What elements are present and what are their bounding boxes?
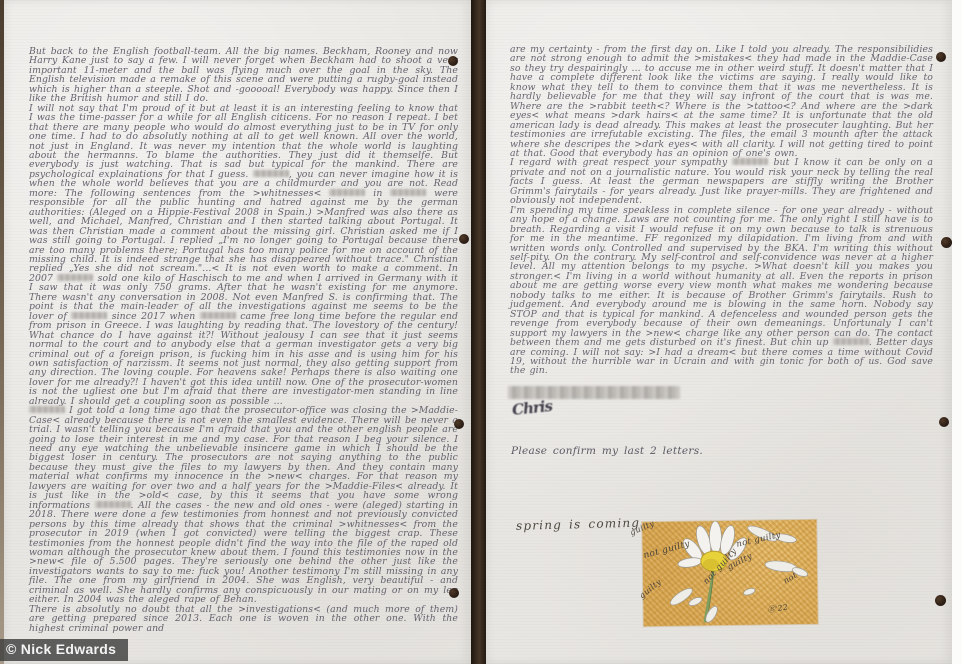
letter-page-2: are my certainty - from the first day on…: [486, 0, 952, 664]
redacted-name: [95, 501, 131, 508]
redacted-name: [390, 189, 426, 196]
page1-text: But back to the English football-team. A…: [29, 47, 458, 633]
hole-punch: [935, 595, 946, 606]
letter-page-1: But back to the English football-team. A…: [4, 0, 471, 664]
redacted-name: [833, 338, 869, 345]
hole-punch: [941, 237, 952, 248]
hole-punch: [454, 419, 464, 429]
hole-punch: [939, 417, 949, 427]
redacted-name: [253, 170, 289, 177]
hole-punch: [936, 52, 946, 62]
redacted-farewell-line: [508, 386, 680, 399]
redacted-name: [29, 406, 65, 413]
redacted-name: [329, 189, 365, 196]
page1-paragraph: But back to the English football-team. A…: [29, 47, 458, 104]
page2-paragraph: I'm spending my time speakless in comple…: [510, 206, 933, 376]
redacted-name: [57, 274, 93, 281]
page-gap: [471, 0, 486, 664]
redacted-name: [71, 312, 107, 319]
hole-punch: [459, 234, 469, 244]
page1-paragraph: I got told a long time ago that the pros…: [29, 406, 458, 605]
letter-photo: But back to the English football-team. A…: [0, 0, 962, 664]
page2-text: are my certainty - from the first day on…: [510, 45, 933, 376]
signature: Chris: [511, 397, 553, 419]
page2-paragraph: I regard with great respect your sympath…: [510, 158, 933, 205]
redacted-name: [732, 158, 768, 165]
photo-credit: © Nick Edwards: [0, 639, 128, 661]
redacted-name: [200, 312, 236, 319]
page1-paragraph: There is absolutly no doubt that all the…: [29, 605, 458, 633]
page1-paragraph: I will not say that I'm proud of it but …: [29, 104, 458, 407]
page2-paragraph: are my certainty - from the first day on…: [510, 45, 933, 158]
hole-punch: [449, 588, 459, 598]
closing-request: Please confirm my last 2 letters.: [511, 445, 703, 457]
hole-punch: [448, 56, 458, 66]
daisy-drawing: guilty not guilty guilty not guilty guil…: [642, 520, 817, 626]
